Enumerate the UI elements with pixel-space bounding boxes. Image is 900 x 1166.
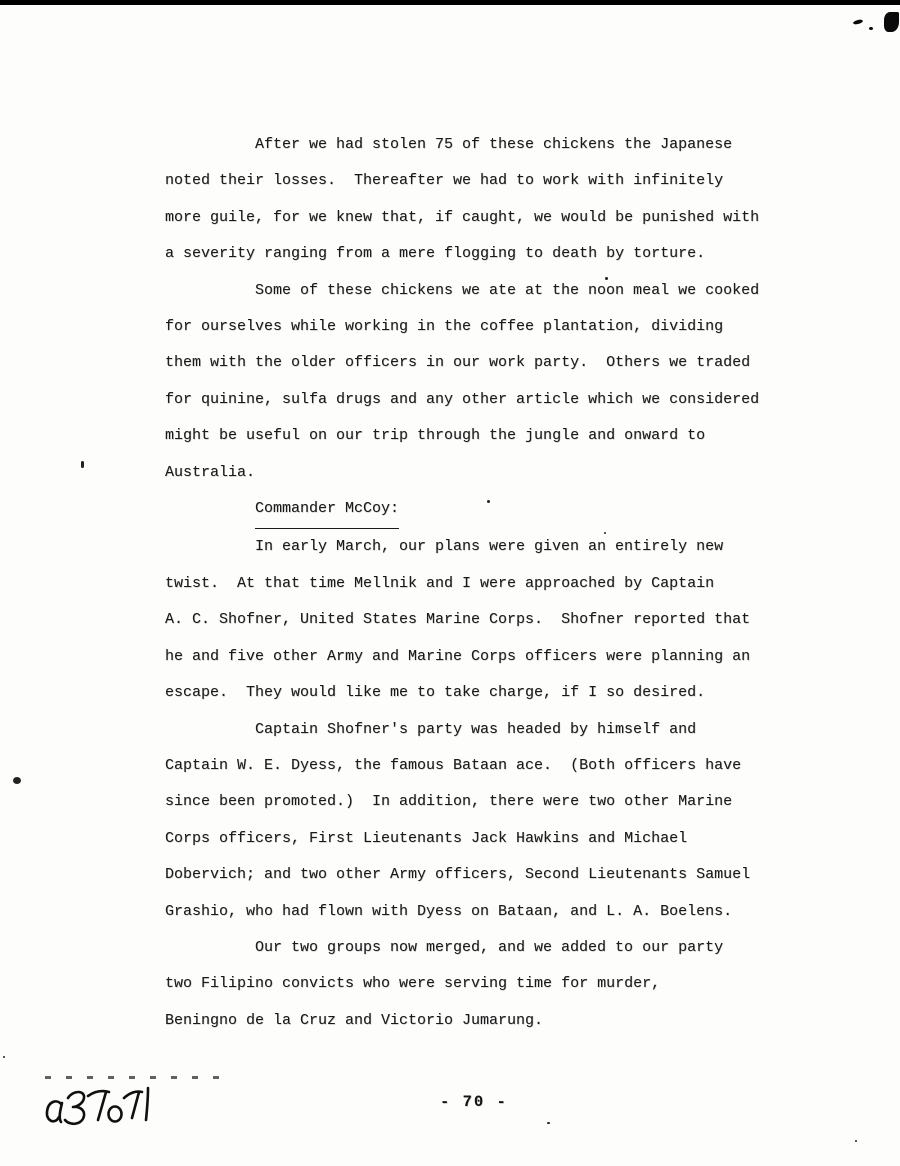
typed-text-line: two Filipino convicts who were serving t… bbox=[165, 966, 785, 1002]
scan-edge-strip bbox=[0, 0, 900, 5]
section-heading-text: Commander McCoy: bbox=[255, 491, 399, 529]
typed-text-line: a severity ranging from a mere flogging … bbox=[165, 236, 785, 272]
scan-speck bbox=[3, 1056, 5, 1058]
typed-text-line: them with the older officers in our work… bbox=[165, 345, 785, 381]
typed-text-line: Grashio, who had flown with Dyess on Bat… bbox=[165, 894, 785, 930]
typed-text-line: twist. At that time Mellnik and I were a… bbox=[165, 566, 785, 602]
scan-speck bbox=[81, 461, 84, 468]
typed-text-line: Dobervich; and two other Army officers, … bbox=[165, 857, 785, 893]
typed-text-line: for ourselves while working in the coffe… bbox=[165, 309, 785, 345]
typed-text-line: he and five other Army and Marine Corps … bbox=[165, 639, 785, 675]
pencil-dashed-rule bbox=[45, 1076, 233, 1079]
page-number: - 70 - bbox=[440, 1093, 508, 1111]
scan-smudge bbox=[884, 12, 899, 32]
typed-text-line: for quinine, sulfa drugs and any other a… bbox=[165, 382, 785, 418]
typed-text-line: more guile, for we knew that, if caught,… bbox=[165, 200, 785, 236]
typed-text-line: Captain Shofner's party was headed by hi… bbox=[165, 712, 785, 748]
typed-text-line: Our two groups now merged, and we added … bbox=[165, 930, 785, 966]
typed-text-line: After we had stolen 75 of these chickens… bbox=[165, 127, 785, 163]
typed-text-line: A. C. Shofner, United States Marine Corp… bbox=[165, 602, 785, 638]
typed-text-line: Some of these chickens we ate at the noo… bbox=[165, 273, 785, 309]
typed-text-line: Beningno de la Cruz and Victorio Jumarun… bbox=[165, 1003, 785, 1039]
section-heading: Commander McCoy: bbox=[165, 491, 785, 529]
typed-text-line: In early March, our plans were given an … bbox=[165, 529, 785, 565]
document-page: After we had stolen 75 of these chickens… bbox=[0, 0, 900, 1166]
scan-speck bbox=[855, 1140, 857, 1142]
document-body: After we had stolen 75 of these chickens… bbox=[165, 127, 785, 1039]
typed-text-line: Australia. bbox=[165, 455, 785, 491]
scan-smudge bbox=[869, 27, 873, 30]
typed-text-line: escape. They would like me to take charg… bbox=[165, 675, 785, 711]
scan-smudge bbox=[853, 19, 864, 25]
typed-text-line: since been promoted.) In addition, there… bbox=[165, 784, 785, 820]
handwritten-annotation-a37071 bbox=[28, 1080, 173, 1135]
typed-text-line: might be useful on our trip through the … bbox=[165, 418, 785, 454]
scan-speck bbox=[13, 777, 21, 784]
typed-text-line: Captain W. E. Dyess, the famous Bataan a… bbox=[165, 748, 785, 784]
typed-text-line: Corps officers, First Lieutenants Jack H… bbox=[165, 821, 785, 857]
typed-text-line: noted their losses. Thereafter we had to… bbox=[165, 163, 785, 199]
scan-speck bbox=[547, 1122, 550, 1124]
